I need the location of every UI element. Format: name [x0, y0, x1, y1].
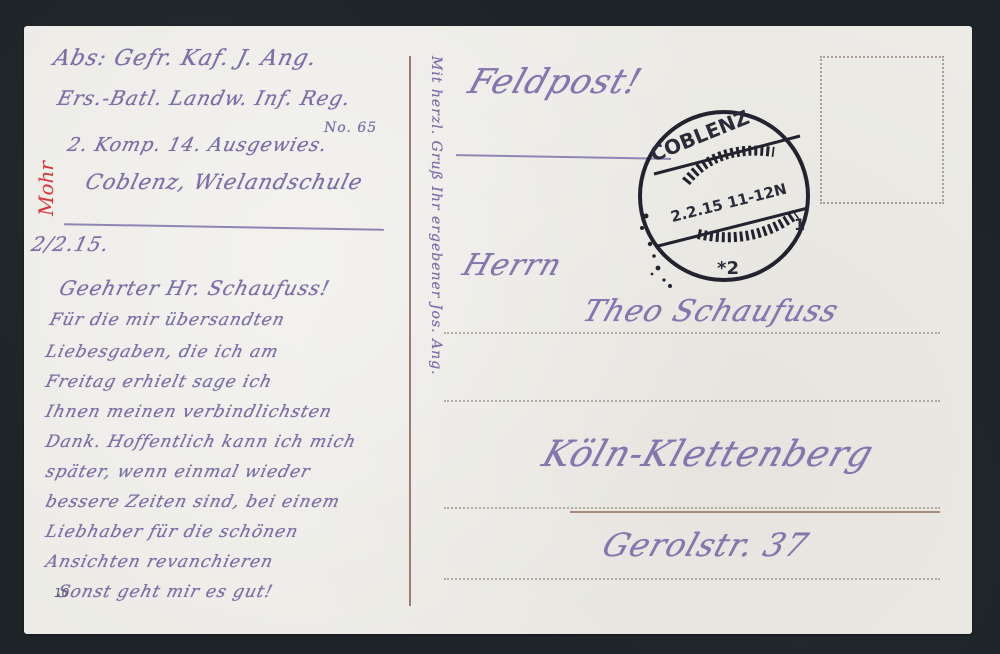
postmark-date: 2.2.15 11-12N	[669, 180, 789, 226]
message-line-5: Dank. Hoffentlich kann ich mich	[44, 432, 359, 452]
message-line-8: Liebhaber für die schönen	[44, 522, 301, 542]
message-line-4: Ihnen meinen verbindlichsten	[44, 402, 335, 422]
address-line-1	[444, 332, 940, 334]
sender-line-3: 2. Komp. 14. Ausgewies.	[65, 134, 330, 156]
stamp-placeholder-box	[820, 56, 944, 204]
red-pencil-annotation: Mohr	[34, 161, 58, 216]
message-date: 2/2.15.	[29, 232, 112, 256]
postmark-cancellation: COBLENZ 2.2.15 11-12N 1 *2	[624, 96, 824, 296]
recipient-salutation: Herrn	[458, 248, 566, 283]
postmark-code-right: 1	[794, 215, 805, 234]
sender-line-1: Abs: Gefr. Kaf. J. Ang.	[51, 46, 320, 71]
center-divider	[409, 56, 411, 606]
recipient-street: Gerolstr. 37	[598, 526, 814, 564]
postmark-code-bottom: *2	[717, 258, 739, 279]
message-line-7: bessere Zeiten sind, bei einem	[44, 492, 343, 512]
message-salutation: Geehrter Hr. Schaufuss!	[57, 276, 333, 300]
message-line-2: Liebesgaben, die ich am	[44, 342, 282, 362]
sender-underline	[64, 223, 384, 231]
message-line-9: Ansichten revanchieren	[44, 552, 276, 572]
address-line-4	[444, 578, 940, 580]
message-line-1: Für die mir übersandten	[48, 310, 288, 330]
message-line-10: Sonst geht mir es gut!	[56, 582, 276, 602]
recipient-name: Theo Schaufuss	[578, 294, 843, 329]
postcard: Mohr Abs: Gefr. Kaf. J. Ang. Ers.-Batl. …	[24, 26, 972, 634]
message-line-3: Freitag erhielt sage ich	[44, 372, 275, 392]
recipient-city: Köln-Klettenberg	[537, 434, 879, 475]
address-line-2	[444, 400, 940, 402]
sender-line-4: Coblenz, Wielandschule	[83, 170, 366, 194]
sender-note: No. 65	[324, 120, 377, 136]
sender-line-2: Ers.-Batl. Landw. Inf. Reg.	[55, 86, 354, 110]
address-line-3-solid	[570, 511, 940, 513]
page-number: 10	[54, 586, 69, 600]
margin-note-vertical: Mit herzl. Gruß Ihr ergebener Jos. Ang.	[428, 56, 444, 376]
address-line-3	[444, 507, 940, 509]
message-line-6: später, wenn einmal wieder	[44, 462, 313, 482]
feldpost-header: Feldpost!	[464, 62, 647, 102]
